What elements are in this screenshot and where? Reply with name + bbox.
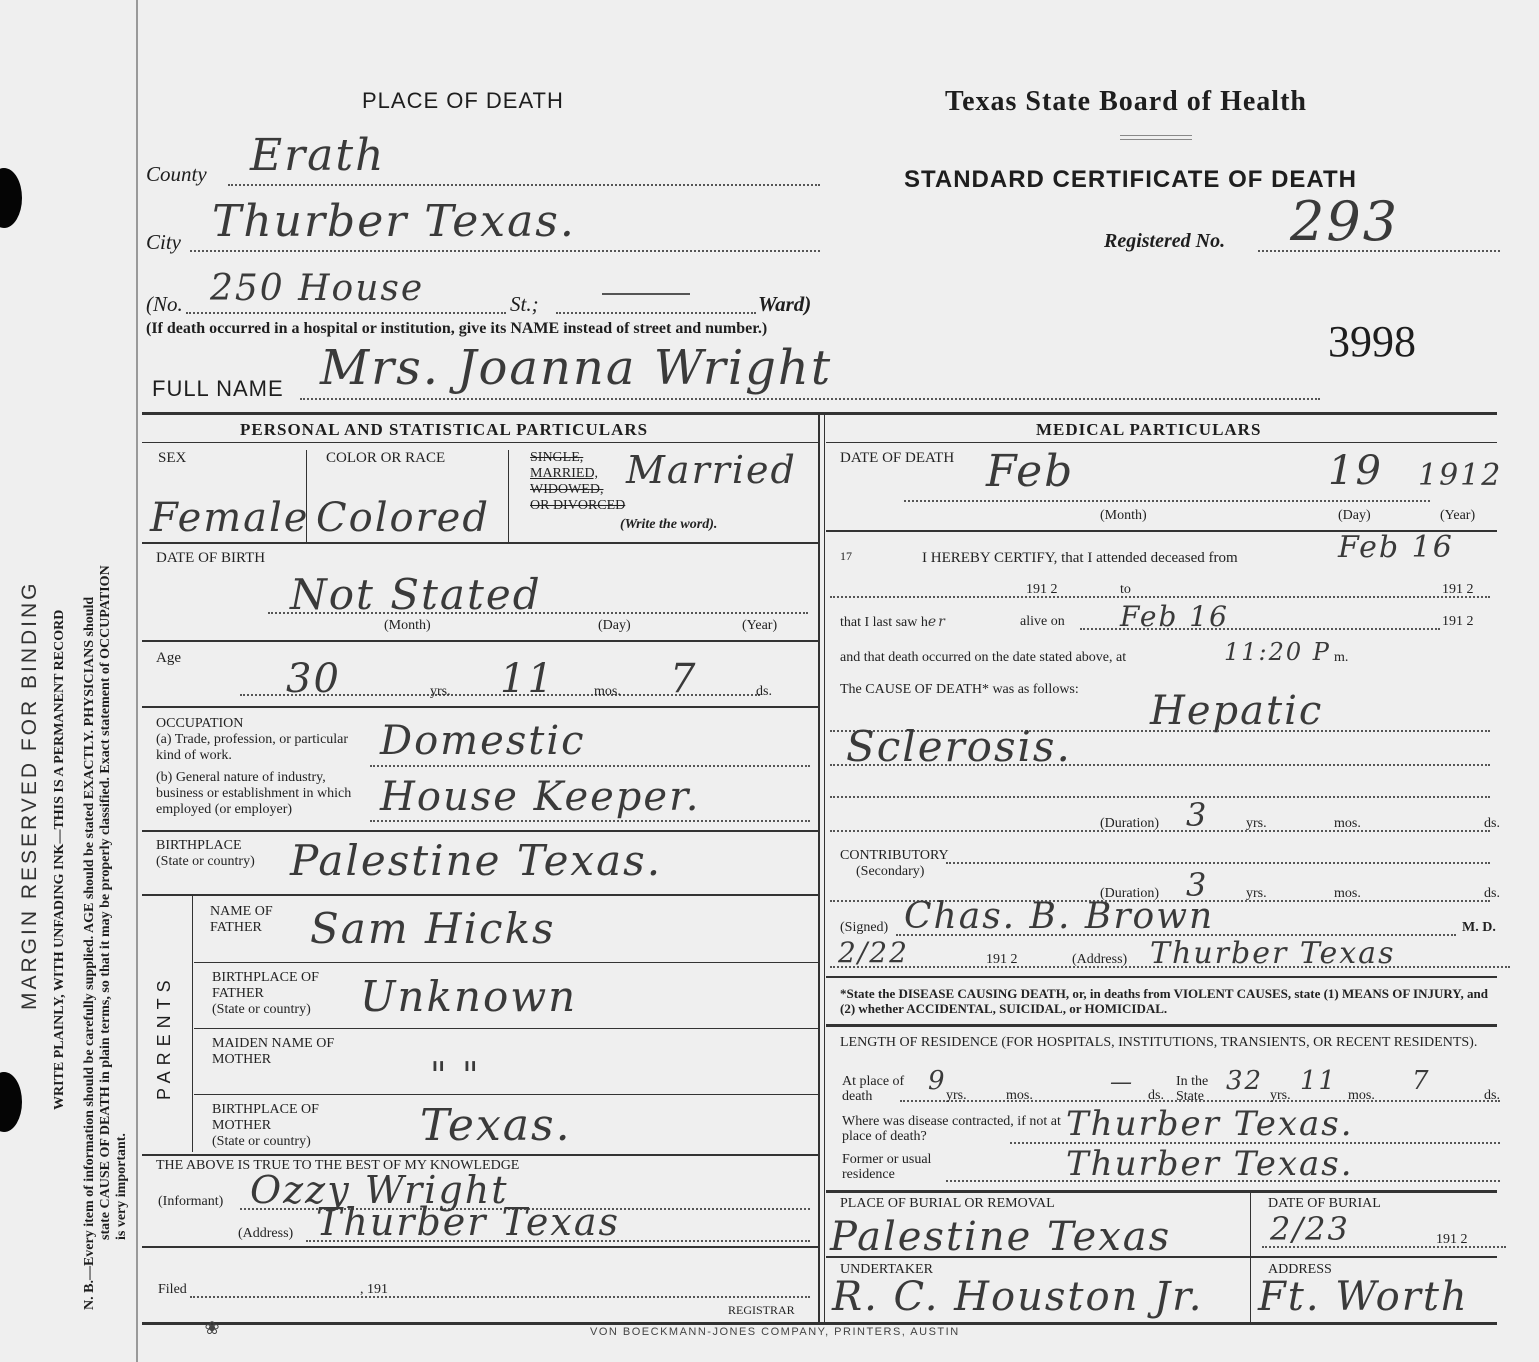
option-divorced: OR DIVORCED: [530, 498, 625, 514]
occupation-a-line: [370, 765, 810, 767]
duration-years-value: 3: [1186, 796, 1208, 834]
in-state-yrs-label: yrs.: [1270, 1088, 1291, 1104]
center-divider: [818, 414, 820, 1322]
last-saw-text: that I last saw her: [840, 614, 947, 631]
contrib-mos-label: mos.: [1334, 886, 1361, 902]
rule: [142, 1154, 818, 1156]
rule: [306, 450, 307, 542]
in-state-label: In the State: [1176, 1074, 1232, 1104]
dob-label: DATE OF BIRTH: [156, 550, 265, 567]
margin-binding-note: MARGIN RESERVED FOR BINDING: [18, 581, 42, 1011]
father-value: Sam Hicks: [310, 904, 556, 953]
former-residence-label: Former or usual residence: [842, 1152, 952, 1182]
rule: [142, 640, 818, 642]
contrib-yrs-label: yrs.: [1246, 886, 1267, 902]
cause-line-2: [830, 764, 1490, 766]
dod-month-value: Feb: [986, 446, 1074, 497]
city-label: City: [146, 230, 181, 255]
death-time-value: 11:20 P: [1224, 638, 1331, 666]
death-time-suffix: m.: [1334, 650, 1348, 666]
rule: [826, 1190, 1497, 1193]
marital-hint: (Write the word).: [620, 517, 717, 533]
table-bottom-rule: [142, 1322, 1497, 1325]
full-name-line: [300, 398, 1320, 400]
father-bp-labels: BIRTHPLACE OF FATHER (State or country): [212, 970, 352, 1018]
duration-ds-label: ds.: [1484, 816, 1500, 832]
printer-imprint: VON BOECKMANN-JONES COMPANY, PRINTERS, A…: [590, 1326, 960, 1338]
burial-date-value: 2/23: [1270, 1210, 1350, 1248]
in-state-years-value: 32: [1226, 1066, 1263, 1096]
rule: [194, 1094, 818, 1095]
mother-value: " ": [430, 1056, 481, 1097]
duration-label: (Duration): [1100, 816, 1159, 832]
contracted-value: Thurber Texas.: [1066, 1104, 1354, 1144]
undertaker-address-value: Ft. Worth: [1258, 1274, 1469, 1320]
ward-dash: [602, 293, 690, 295]
age-years-value: 30: [286, 656, 341, 702]
mother-bp-labels: BIRTHPLACE OF MOTHER (State or country): [212, 1102, 352, 1150]
mother-bp-sub: (State or country): [212, 1134, 352, 1150]
rule: [192, 896, 193, 1152]
filed-label: Filed: [158, 1282, 187, 1298]
rule: [142, 830, 818, 832]
ds-label: ds.: [756, 684, 772, 700]
mos-label: mos.: [594, 684, 621, 700]
dod-year-value: 1912: [1418, 458, 1502, 493]
sex-value: Female: [150, 495, 309, 541]
registered-no-value: 293: [1290, 190, 1399, 253]
margin-nb-line3: is very important.: [114, 1133, 130, 1240]
city-line: [190, 250, 820, 252]
in-state-ds-label: ds.: [1484, 1088, 1500, 1104]
marital-options: SINGLE, MARRIED, WIDOWED, OR DIVORCED: [530, 450, 625, 514]
mother-bp-label: BIRTHPLACE OF MOTHER: [212, 1102, 352, 1134]
medical-section-title: MEDICAL PARTICULARS: [1036, 420, 1261, 440]
board-title: Texas State Board of Health: [945, 86, 1307, 118]
father-bp-label: BIRTHPLACE OF FATHER: [212, 970, 352, 1002]
race-value: Colored: [316, 495, 490, 541]
signed-address-label: (Address): [1072, 952, 1127, 968]
personal-section-title: PERSONAL AND STATISTICAL PARTICULARS: [240, 420, 648, 440]
father-label: NAME OF FATHER: [210, 904, 310, 936]
rule: [826, 976, 1497, 978]
marital-value: Married: [626, 448, 797, 492]
attended-from-year: 191 2: [1026, 582, 1058, 598]
md-label: M. D.: [1462, 920, 1496, 936]
binding-hole-bottom: [0, 1072, 22, 1132]
age-label: Age: [156, 650, 181, 667]
duration-line: [830, 830, 1490, 832]
hospital-note: (If death occurred in a hospital or inst…: [146, 320, 767, 338]
occupation-b-label: (b) General nature of industry, business…: [156, 770, 376, 818]
street-label: St.;: [510, 292, 539, 317]
county-label: County: [146, 162, 207, 187]
dob-year-caption: (Year): [742, 618, 777, 634]
rule: [194, 1028, 818, 1029]
signed-address-value: Thurber Texas: [1150, 936, 1395, 971]
registered-no-label: Registered No.: [1104, 230, 1225, 253]
contrib-ds-label: ds.: [1484, 886, 1500, 902]
option-married: MARRIED,: [530, 466, 625, 482]
last-saw-pronoun: er: [928, 614, 947, 630]
margin-ink-note: WRITE PLAINLY, WITH UNFADING INK—THIS IS…: [52, 610, 68, 1110]
occupation-a-value: Domestic: [380, 718, 586, 764]
residence-label: LENGTH OF RESIDENCE (FOR HOSPITALS, INST…: [840, 1034, 1494, 1051]
contributory-line: [946, 862, 1490, 864]
duration-yrs-label: yrs.: [1246, 816, 1267, 832]
filed-year: , 191: [360, 1282, 388, 1298]
occupation-b-value: House Keeper.: [380, 774, 701, 820]
item-17-number: 17: [840, 548, 852, 564]
rule: [142, 1246, 818, 1248]
margin-rule: [136, 0, 138, 1362]
occupation-b-line: [370, 820, 810, 822]
street-no-value: 250 House: [210, 268, 424, 309]
father-bp-sub: (State or country): [212, 1002, 352, 1018]
at-place-years-value: 9: [928, 1066, 947, 1096]
binding-hole-top: [0, 168, 22, 228]
cause-line-3: [830, 796, 1490, 798]
alive-on-value: Feb 16: [1120, 600, 1229, 633]
dob-month-caption: (Month): [384, 618, 431, 634]
informant-address-label: (Address): [238, 1226, 293, 1242]
birthplace-value: Palestine Texas.: [290, 836, 662, 885]
ward-line: [556, 312, 756, 314]
at-place-days-value: —: [1110, 1070, 1134, 1095]
city-value: Thurber Texas.: [212, 196, 576, 247]
in-state-days-value: 7: [1412, 1066, 1431, 1096]
last-saw-label: that I last saw h: [840, 615, 928, 630]
contracted-label: Where was disease contracted, if not at …: [842, 1114, 1062, 1144]
alive-on-year: 191 2: [1442, 614, 1474, 630]
informant-label: (Informant): [158, 1194, 223, 1210]
attended-from-value: Feb 16: [1338, 530, 1454, 565]
at-place-yrs-label: yrs.: [946, 1088, 967, 1104]
age-months-value: 11: [500, 656, 555, 702]
ward-label: Ward): [758, 292, 811, 317]
rule: [826, 1256, 1497, 1258]
cause-label: The CAUSE OF DEATH* was as follows:: [840, 682, 1079, 698]
duration-mos-label: mos.: [1334, 816, 1361, 832]
burial-place-label: PLACE OF BURIAL OR REMOVAL: [840, 1196, 1055, 1212]
county-value: Erath: [250, 130, 385, 181]
full-name-label: FULL NAME: [152, 376, 284, 402]
secondary-label: (Secondary): [856, 864, 924, 880]
title-rule: [1120, 135, 1192, 140]
death-time-label: and that death occurred on the date stat…: [840, 650, 1126, 666]
filed-line: [190, 1296, 810, 1298]
county-line: [228, 184, 820, 186]
rule: [194, 962, 818, 963]
dob-day-caption: (Day): [598, 618, 631, 634]
dod-year-caption: (Year): [1440, 508, 1475, 524]
full-name-value: Mrs. Joanna Wright: [320, 340, 832, 396]
in-state-months-value: 11: [1300, 1066, 1337, 1096]
signed-label: (Signed): [840, 920, 888, 936]
occupation-label: OCCUPATION: [156, 716, 376, 732]
informant-address-value: Thurber Texas: [316, 1200, 620, 1244]
dod-day-caption: (Day): [1338, 508, 1371, 524]
signed-date-value: 2/22: [838, 936, 909, 969]
registrar-label: REGISTRAR: [728, 1302, 795, 1318]
cause-value-line1: Hepatic: [1150, 688, 1323, 734]
margin-nb-line1: N. B.—Every item of information should b…: [82, 597, 98, 1310]
rule: [826, 1024, 1497, 1027]
file-number: 3998: [1328, 316, 1416, 367]
union-label-icon: ❀: [186, 1318, 238, 1342]
rule: [508, 450, 509, 542]
place-of-death-title: PLACE OF DEATH: [362, 88, 564, 114]
mother-bp-value: Texas.: [420, 1100, 572, 1151]
dod-day-value: 19: [1328, 448, 1383, 494]
birthplace-label: BIRTHPLACE: [156, 838, 255, 854]
father-bp-value: Unknown: [360, 972, 577, 1021]
signed-year: 191 2: [986, 952, 1018, 968]
rule: [142, 706, 818, 708]
street-no-line: [186, 312, 506, 314]
occupation-labels: OCCUPATION (a) Trade, profession, or par…: [156, 716, 376, 818]
alive-on-label: alive on: [1020, 614, 1065, 630]
race-label: COLOR OR RACE: [326, 450, 445, 467]
rule: [142, 894, 818, 896]
to-label: to: [1120, 582, 1131, 598]
sex-label: SEX: [158, 450, 186, 467]
dod-label: DATE OF DEATH: [840, 450, 954, 467]
dod-month-caption: (Month): [1100, 508, 1147, 524]
signed-value: Chas. B. Brown: [904, 896, 1214, 937]
center-divider-2: [824, 414, 825, 1322]
parents-label: PARENTS: [154, 974, 175, 1100]
burial-place-value: Palestine Texas: [830, 1214, 1171, 1260]
option-widowed: WIDOWED,: [530, 482, 625, 498]
age-days-value: 7: [670, 656, 697, 702]
birthplace-labels: BIRTHPLACE (State or country): [156, 838, 255, 870]
former-residence-value: Thurber Texas.: [1066, 1144, 1354, 1184]
dob-value: Not Stated: [290, 570, 542, 619]
in-state-mos-label: mos.: [1348, 1088, 1375, 1104]
at-place-ds-label: ds.: [1148, 1088, 1164, 1104]
mother-label: MAIDEN NAME OF MOTHER: [212, 1036, 342, 1068]
burial-year: 191 2: [1436, 1232, 1468, 1248]
certify-text: I HEREBY CERTIFY, that I attended deceas…: [922, 550, 1238, 566]
birthplace-sub: (State or country): [156, 854, 255, 870]
rule: [826, 442, 1497, 443]
at-place-mos-label: mos.: [1006, 1088, 1033, 1104]
cause-footnote: *State the DISEASE CAUSING DEATH, or, in…: [840, 986, 1494, 1016]
contributory-label: CONTRIBUTORY: [840, 848, 949, 864]
yrs-label: yrs.: [430, 684, 451, 700]
undertaker-value: R. C. Houston Jr.: [832, 1274, 1204, 1320]
option-single: SINGLE,: [530, 450, 625, 466]
dod-line: [904, 500, 1430, 502]
street-no-label: (No.: [146, 292, 183, 317]
margin-nb-line2: state CAUSE OF DEATH in plain terms, so …: [98, 565, 114, 1240]
attended-line: [830, 596, 1490, 598]
occupation-a-label: (a) Trade, profession, or particular kin…: [156, 732, 376, 764]
rule: [142, 442, 818, 443]
attended-to-year: 191 2: [1442, 582, 1474, 598]
rule: [142, 542, 818, 544]
